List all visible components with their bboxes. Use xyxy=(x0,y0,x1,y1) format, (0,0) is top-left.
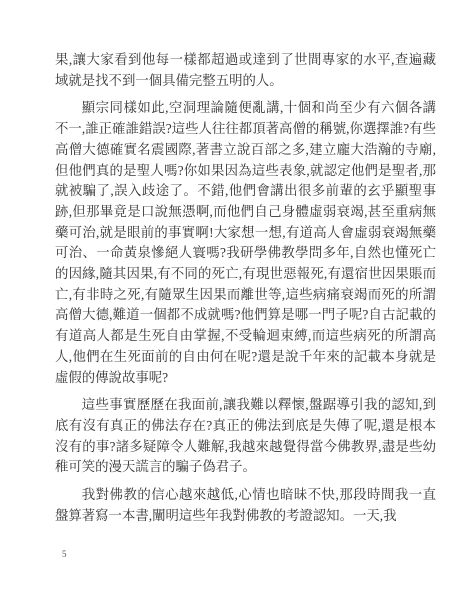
body-paragraph: 果,讓大家看到他每一樣都超過或達到了世間專家的水平,查遍藏域就是找不到一個具備完… xyxy=(55,50,436,91)
page-number: 5 xyxy=(62,549,67,559)
body-paragraph: 這些事實歷歷在我面前,讓我難以釋懷,盤踞導引我的認知,到底有沒有真正的佛法存在?… xyxy=(55,395,436,478)
body-paragraph: 我對佛教的信心越來越低,心情也暗昧不快,那段時間我一直盤算著寫一本書,闡明這些年… xyxy=(55,485,436,526)
document-page: 果,讓大家看到他每一樣都超過或達到了世間專家的水平,查遍藏域就是找不到一個具備完… xyxy=(0,0,464,600)
body-text-block: 果,讓大家看到他每一樣都超過或達到了世間專家的水平,查遍藏域就是找不到一個具備完… xyxy=(55,50,436,533)
body-paragraph: 顯宗同樣如此,空洞理論隨便亂講,十個和尚至少有六個各講不一,誰正確誰錯誤?這些人… xyxy=(55,98,436,388)
